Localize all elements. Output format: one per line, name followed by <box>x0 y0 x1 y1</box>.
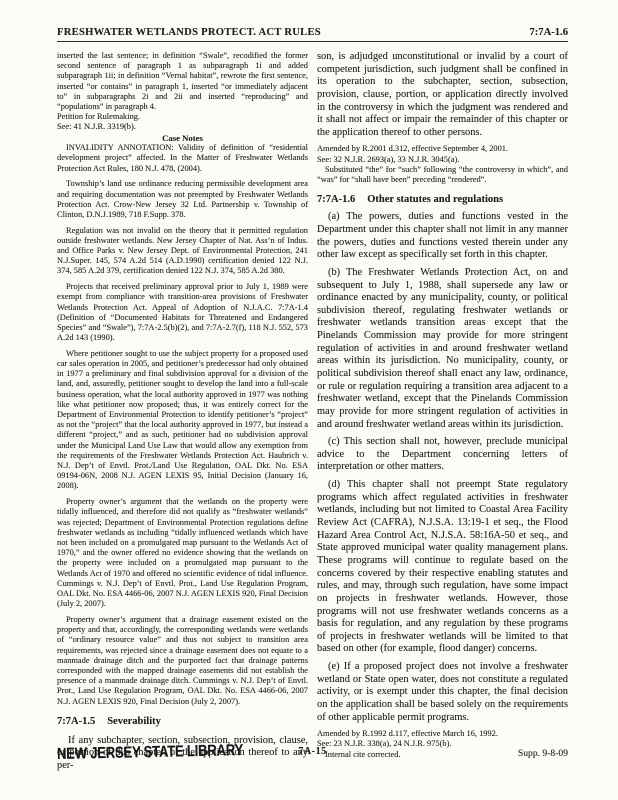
case-note-paragraph: INVALIDITY ANNOTATION: Validity of defin… <box>57 143 308 174</box>
page-footer: NEW JERSEY STATE LIBRARY 7A-15 Supp. 9-8… <box>57 740 568 764</box>
section-heading-severability: 7:7A-1.5Severability <box>57 716 308 729</box>
left-column: inserted the last sentence; in definitio… <box>57 51 308 777</box>
footer-left: NEW JERSEY STATE LIBRARY <box>57 740 298 764</box>
severability-continuation: son, is adjudged unconstitutional or inv… <box>317 51 568 139</box>
severability-continuation-block: son, is adjudged unconstitutional or inv… <box>317 51 568 139</box>
rule-paragraph-e: (e) If a proposed project does not invol… <box>317 661 568 724</box>
case-note-paragraph: Projects that received preliminary appro… <box>57 282 308 343</box>
case-note-paragraph: Regulation was not invalid on the theory… <box>57 226 308 277</box>
case-note-paragraph: Property owner’s argument that the wetla… <box>57 497 308 609</box>
rule-paragraph-b: (b) The Freshwater Wetlands Protection A… <box>317 267 568 431</box>
section-title: Other statutes and regulations <box>367 194 503 205</box>
petition-line: Petition for Rulemaking. <box>57 112 308 122</box>
section-heading-other-statutes: 7:7A-1.6Other statutes and regulations <box>317 194 568 205</box>
amended-line: Amended by R.1992 d.117, effective March… <box>317 729 568 739</box>
rule-paragraph-c: (c) This section shall not, however, pre… <box>317 436 568 474</box>
section-number: 7:7A-1.5 <box>57 716 95 727</box>
section-number: 7:7A-1.6 <box>317 194 355 205</box>
section-reference: 7:7A-1.6 <box>529 27 568 38</box>
page-number: 7A-15 <box>298 740 327 757</box>
see-citation-line: See: 32 N.J.R. 2693(a), 33 N.J.R. 3045(a… <box>317 155 568 165</box>
history-note-2001: Amended by R.2001 d.312, effective Septe… <box>317 144 568 185</box>
right-column: son, is adjudged unconstitutional or inv… <box>317 51 568 777</box>
library-stamp: NEW JERSEY STATE LIBRARY <box>57 742 243 764</box>
supplement-date: Supp. 9-8-09 <box>327 740 568 759</box>
other-statutes-text: (a) The powers, duties and functions ves… <box>317 211 568 724</box>
see-citation-line: See: 41 N.J.R. 3319(b). <box>57 122 308 132</box>
case-note-paragraph: Property owner’s argument that a drainag… <box>57 615 308 707</box>
amendment-history-continuation: inserted the last sentence; in definitio… <box>57 51 308 112</box>
amendment-detail-line: Substituted “the” for “such” following “… <box>317 165 568 185</box>
case-notes-heading: Case Notes <box>57 133 308 144</box>
two-column-body: inserted the last sentence; in definitio… <box>57 51 568 777</box>
page-header: FRESHWATER WETLANDS PROTECT. ACT RULES 7… <box>57 27 568 42</box>
case-note-paragraph: Where petitioner sought to use the subje… <box>57 349 308 492</box>
rule-paragraph-a: (a) The powers, duties and functions ves… <box>317 211 568 262</box>
running-title: FRESHWATER WETLANDS PROTECT. ACT RULES <box>57 27 321 38</box>
case-note-paragraph: Township’s land use ordinance reducing p… <box>57 179 308 220</box>
section-title: Severability <box>107 716 161 727</box>
amended-line: Amended by R.2001 d.312, effective Septe… <box>317 144 568 154</box>
document-page: FRESHWATER WETLANDS PROTECT. ACT RULES 7… <box>0 0 618 800</box>
rule-paragraph-d: (d) This chapter shall not preempt State… <box>317 479 568 656</box>
